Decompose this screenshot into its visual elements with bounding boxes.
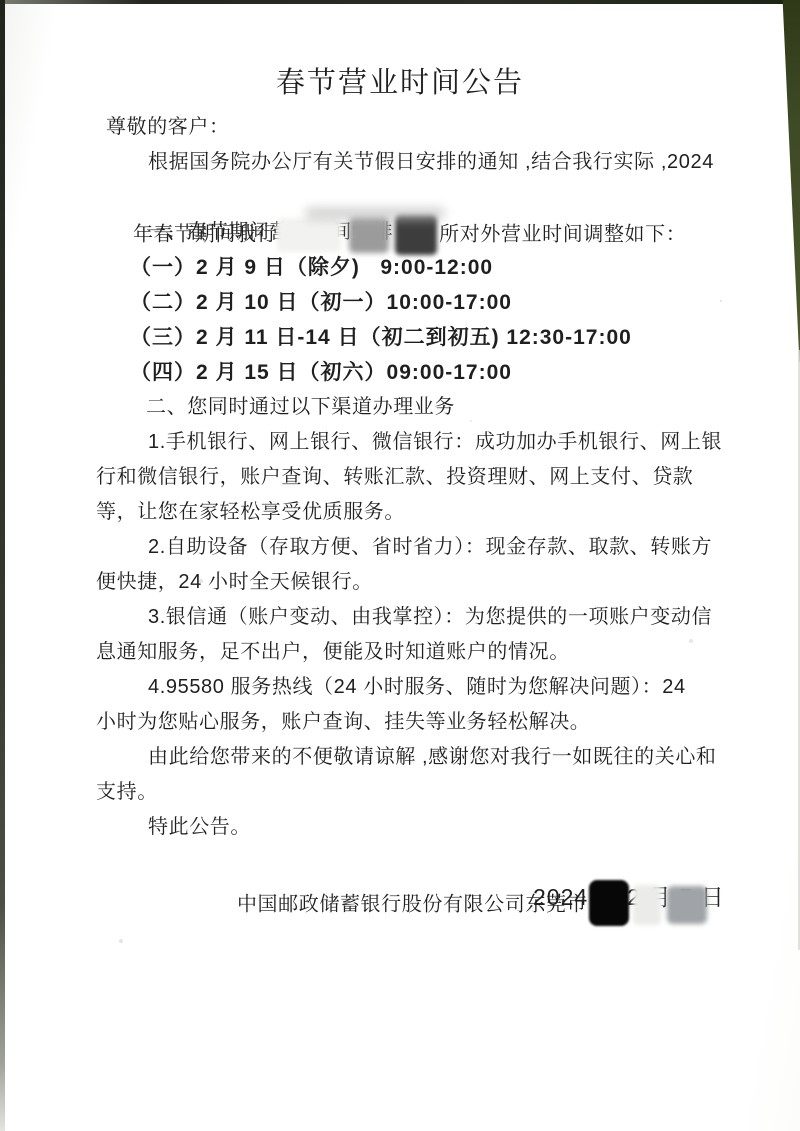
channel-line: 等，让您在家轻松享受优质服务。 [96,495,800,530]
closing-line: 由此给您带来的不便敬请谅解 ,感谢您对我行一如既往的关心和 [148,740,800,775]
schedule-item-1: （一）2 月 9 日（除夕) 9:00-12:00 [130,250,800,285]
salutation: 尊敬的客户： [106,110,800,145]
channel-line: 4.95580 服务热线（24 小时服务、随时为您解决问题）：24 [148,670,800,705]
intro-line-2-suffix: 所对外营业时间调整如下： [439,223,686,245]
intro-line-2: 年春节期间我行所对外营业时间调整如下： [96,180,800,215]
intro-line-1: 根据国务院办公厅有关节假日安排的通知 ,结合我行实际 ,2024 [148,145,800,180]
scanned-notice-page: 春节营业时间公告 尊敬的客户： 根据国务院办公厅有关节假日安排的通知 ,结合我行… [0,0,800,1131]
channel-line: 1.手机银行、网上银行、微信银行：成功加办手机银行、网上银 [148,425,800,460]
schedule-item-4: （四）2 月 15 日（初六）09:00-17:00 [130,355,800,390]
redaction-block-gray [349,217,389,253]
channel-line: 便快捷，24 小时全天候银行。 [96,565,800,600]
scan-edge-left [0,0,5,1131]
channel-line: 行和微信银行，账户查询、转账汇款、投资理财、网上支付、贷款 [96,460,800,495]
document-title: 春节营业时间公告 [0,62,800,104]
channel-line: 2.自助设备（存取方便、省时省力）：现金存款、取款、转账方 [148,530,800,565]
redaction-block-light [277,218,341,252]
section-2-heading: 二、您同时通过以下渠道办理业务 [146,390,800,425]
channel-line: 小时为您贴心服务，账户查询、挂失等业务轻松解决。 [96,705,800,740]
signature-line: 中国邮政储蓄银行股份有限公司东莞市 [200,845,800,880]
notice-document: 春节营业时间公告 尊敬的客户： 根据国务院办公厅有关节假日安排的通知 ,结合我行… [0,0,800,915]
closing-line: 支持。 [96,775,800,810]
signature-redaction-black [589,880,629,926]
channel-line: 息通知服务，足不出户，便能及时知道账户的情况。 [96,635,800,670]
scan-edge-top [0,0,800,4]
redaction-block-dark [395,215,437,255]
channel-line: 3.银信通（账户变动、由我掌控）：为您提供的一项账户变动信 [148,600,800,635]
schedule-item-3: （三）2 月 11 日-14 日（初二到初五) 12:30-17:00 [130,320,800,355]
schedule-item-2: （二）2 月 10 日（初一）10:00-17:00 [130,285,800,320]
closing-line: 特此公告。 [148,810,800,845]
scan-noise-speckles [720,300,722,302]
redaction-shadow [305,207,445,220]
signature-redaction-gray [667,886,707,924]
signature-redaction-light [633,885,661,925]
